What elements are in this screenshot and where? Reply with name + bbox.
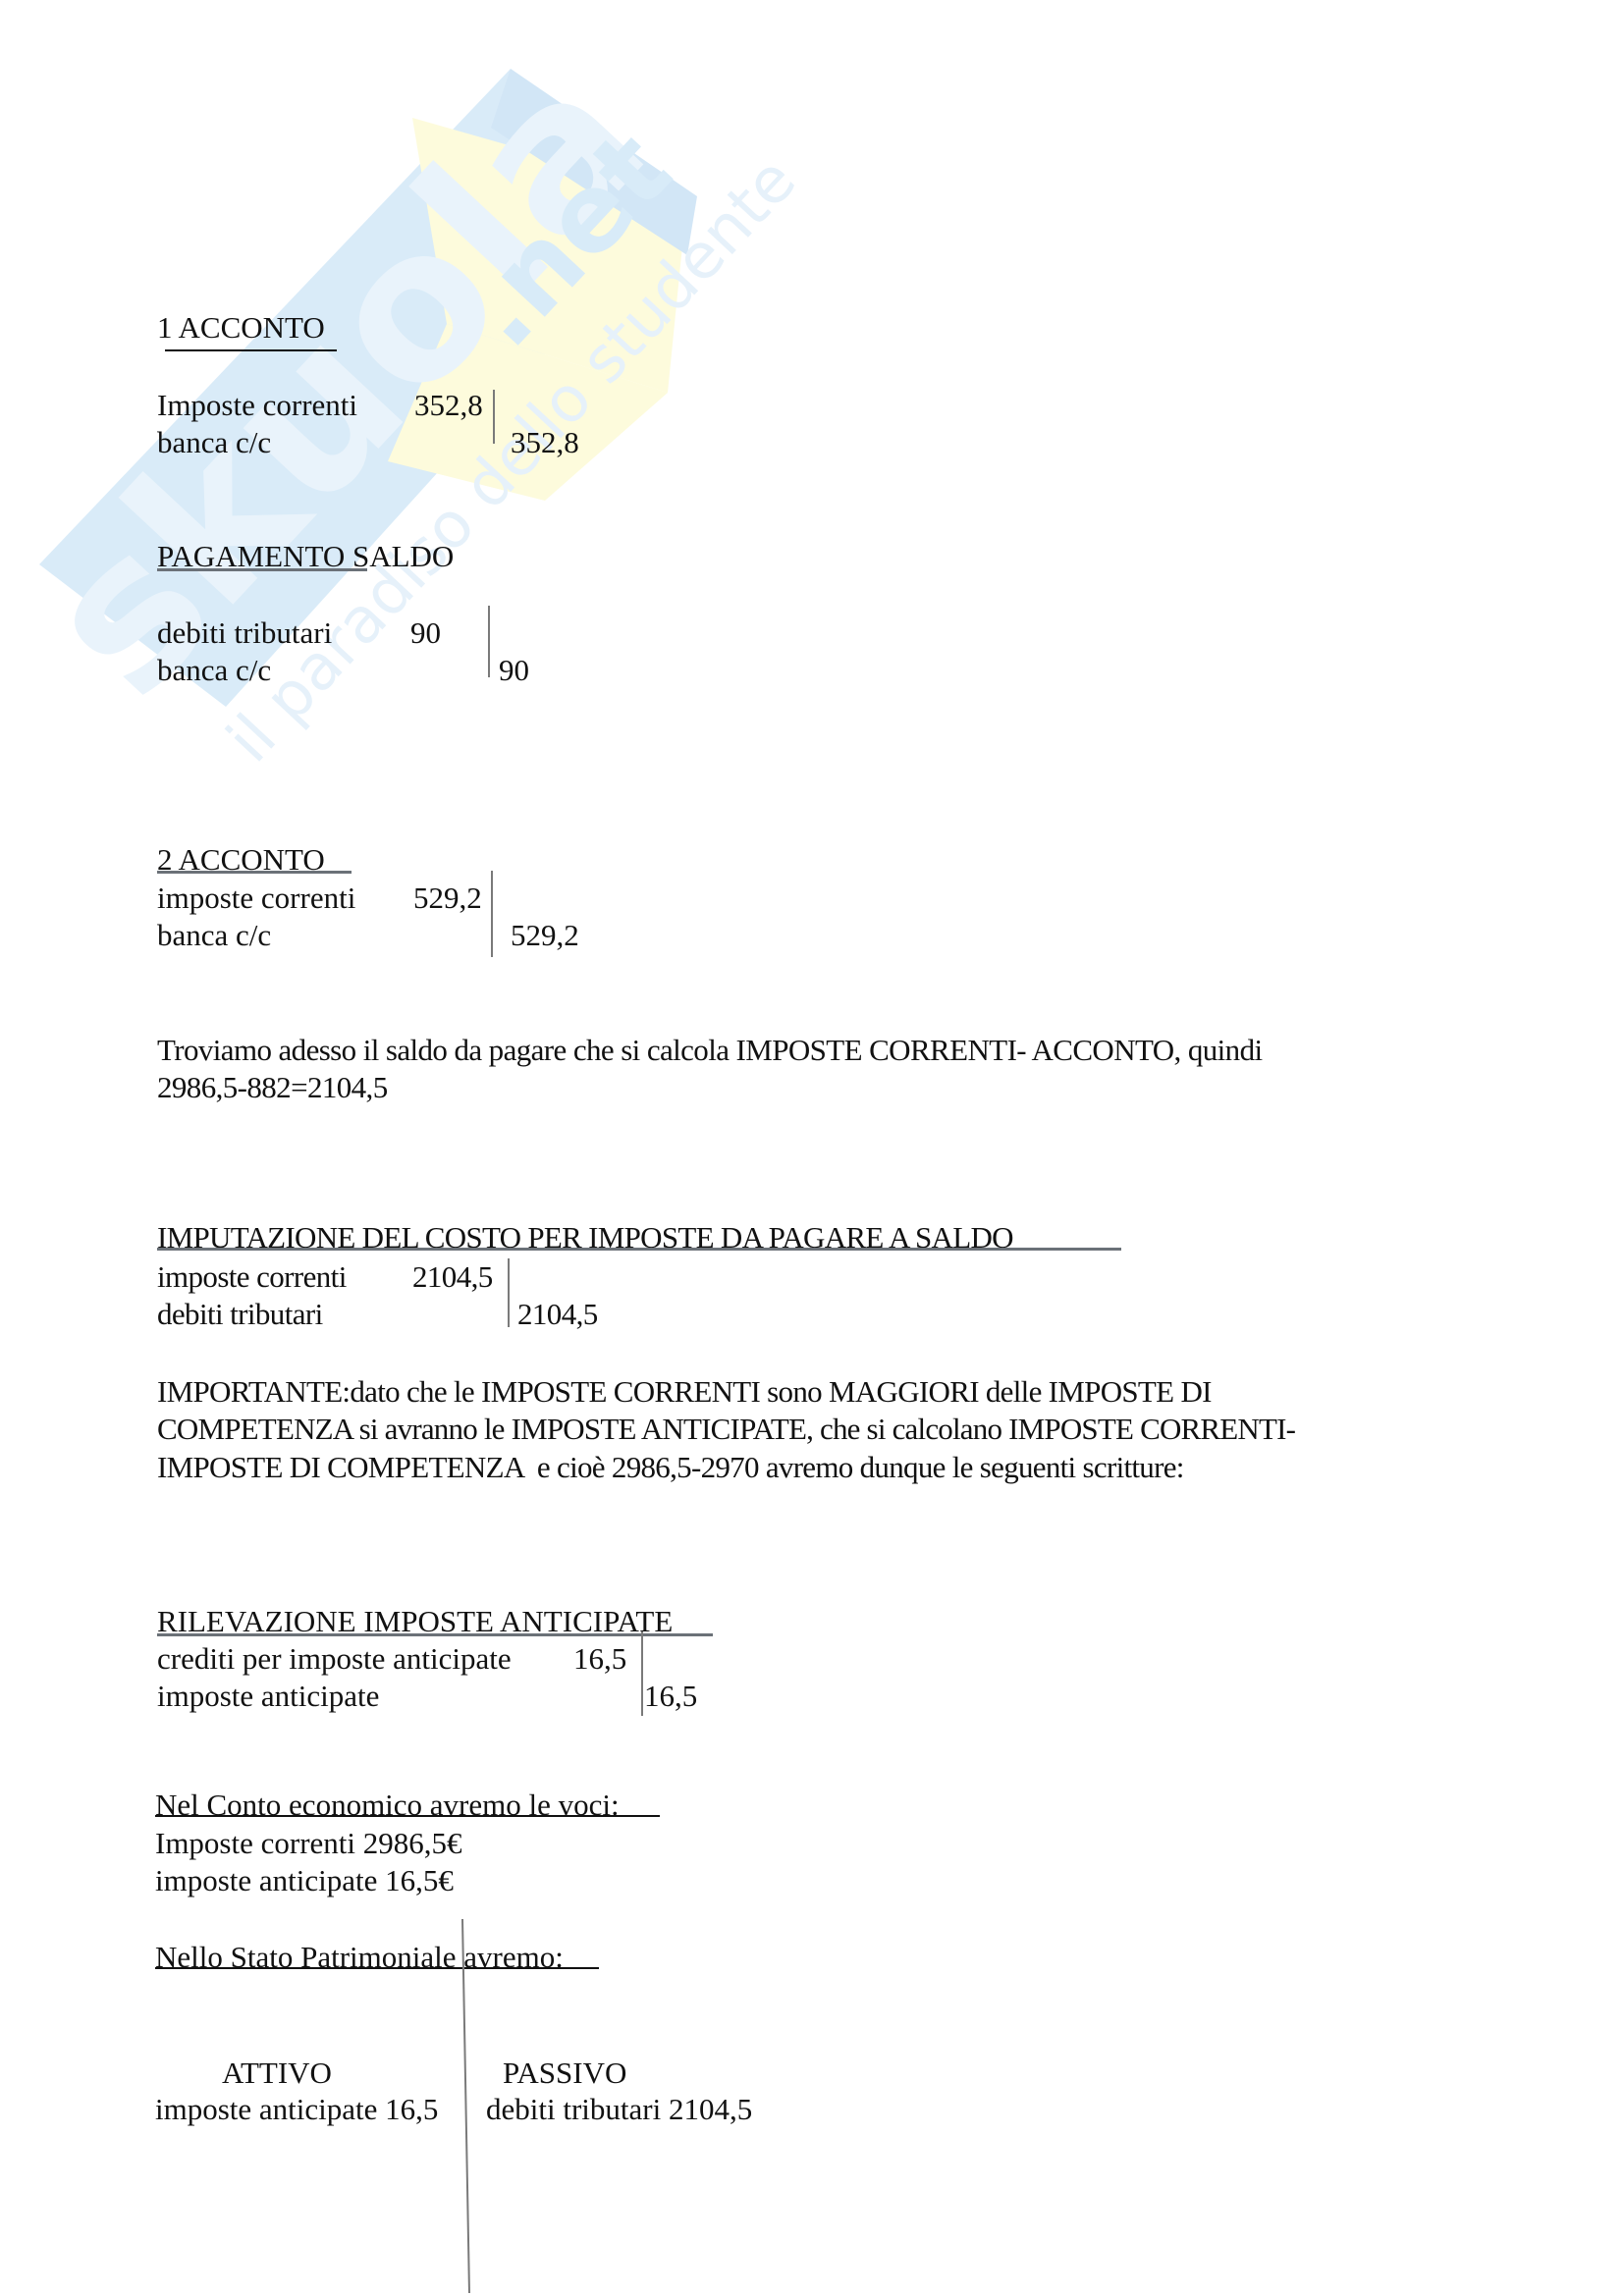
attivo-header: ATTIVO (222, 2057, 332, 2088)
title-underline (157, 1633, 713, 1636)
attivo-item: imposte anticipate 16,5 (155, 2094, 438, 2124)
section-title-rilevazione: RILEVAZIONE IMPOSTE ANTICIPATE (157, 1606, 673, 1636)
credit-amount: 90 (499, 655, 529, 685)
saldo-note-line-1: Troviamo adesso il saldo da pagare che s… (157, 1035, 1262, 1065)
svg-text:skuola: skuola (0, 22, 690, 740)
debit-amount: 529,2 (413, 882, 482, 913)
debit-account: imposte correnti (157, 1261, 347, 1292)
t-account-divider (493, 390, 495, 444)
t-account-divider (508, 1258, 510, 1327)
title-underline (157, 568, 367, 571)
debit-amount: 2104,5 (412, 1261, 493, 1292)
conto-economico-item: imposte anticipate 16,5€ (155, 1865, 454, 1896)
t-account-divider (491, 871, 493, 957)
credit-account: debiti tributari (157, 1299, 323, 1329)
t-account-divider (488, 606, 490, 677)
credit-account: banca c/c (157, 427, 271, 457)
credit-amount: 16,5 (644, 1681, 697, 1711)
credit-account: banca c/c (157, 920, 271, 950)
credit-amount: 2104,5 (517, 1299, 598, 1329)
importante-line-2: COMPETENZA si avranno le IMPOSTE ANTICIP… (157, 1414, 1295, 1444)
debit-account: Imposte correnti (157, 390, 357, 420)
title-underline (155, 1967, 599, 1969)
svg-text:.net: .net (437, 108, 694, 371)
debit-account: imposte correnti (157, 882, 355, 913)
passivo-item: debiti tributari 2104,5 (486, 2094, 752, 2124)
importante-line-3: IMPOSTE DI COMPETENZA e cioè 2986,5-2970… (157, 1452, 1184, 1482)
debit-account: debiti tributari (157, 617, 332, 648)
passivo-header: PASSIVO (503, 2057, 626, 2088)
t-account-divider (641, 1631, 643, 1716)
credit-account: imposte anticipate (157, 1681, 379, 1711)
saldo-note-line-2: 2986,5-882=2104,5 (157, 1072, 388, 1102)
title-underline (155, 1815, 660, 1817)
title-underline (157, 1248, 1121, 1251)
credit-amount: 529,2 (511, 920, 579, 950)
credit-amount: 352,8 (511, 427, 579, 457)
section-title-pagamento-saldo: PAGAMENTO SALDO (157, 541, 454, 571)
debit-amount: 352,8 (414, 390, 483, 420)
title-underline (157, 871, 352, 874)
credit-account: banca c/c (157, 655, 271, 685)
debit-amount: 16,5 (573, 1643, 626, 1674)
importante-line-1: IMPORTANTE:dato che le IMPOSTE CORRENTI … (157, 1376, 1212, 1407)
title-underline (165, 349, 337, 351)
debit-account: crediti per imposte anticipate (157, 1643, 512, 1674)
debit-amount: 90 (410, 617, 441, 648)
watermark-logo-icon: skuola .net il paradiso dello studente (0, 22, 810, 776)
section-title-acconto-1: 1 ACCONTO (157, 312, 325, 343)
conto-economico-item: Imposte correnti 2986,5€ (155, 1828, 462, 1858)
